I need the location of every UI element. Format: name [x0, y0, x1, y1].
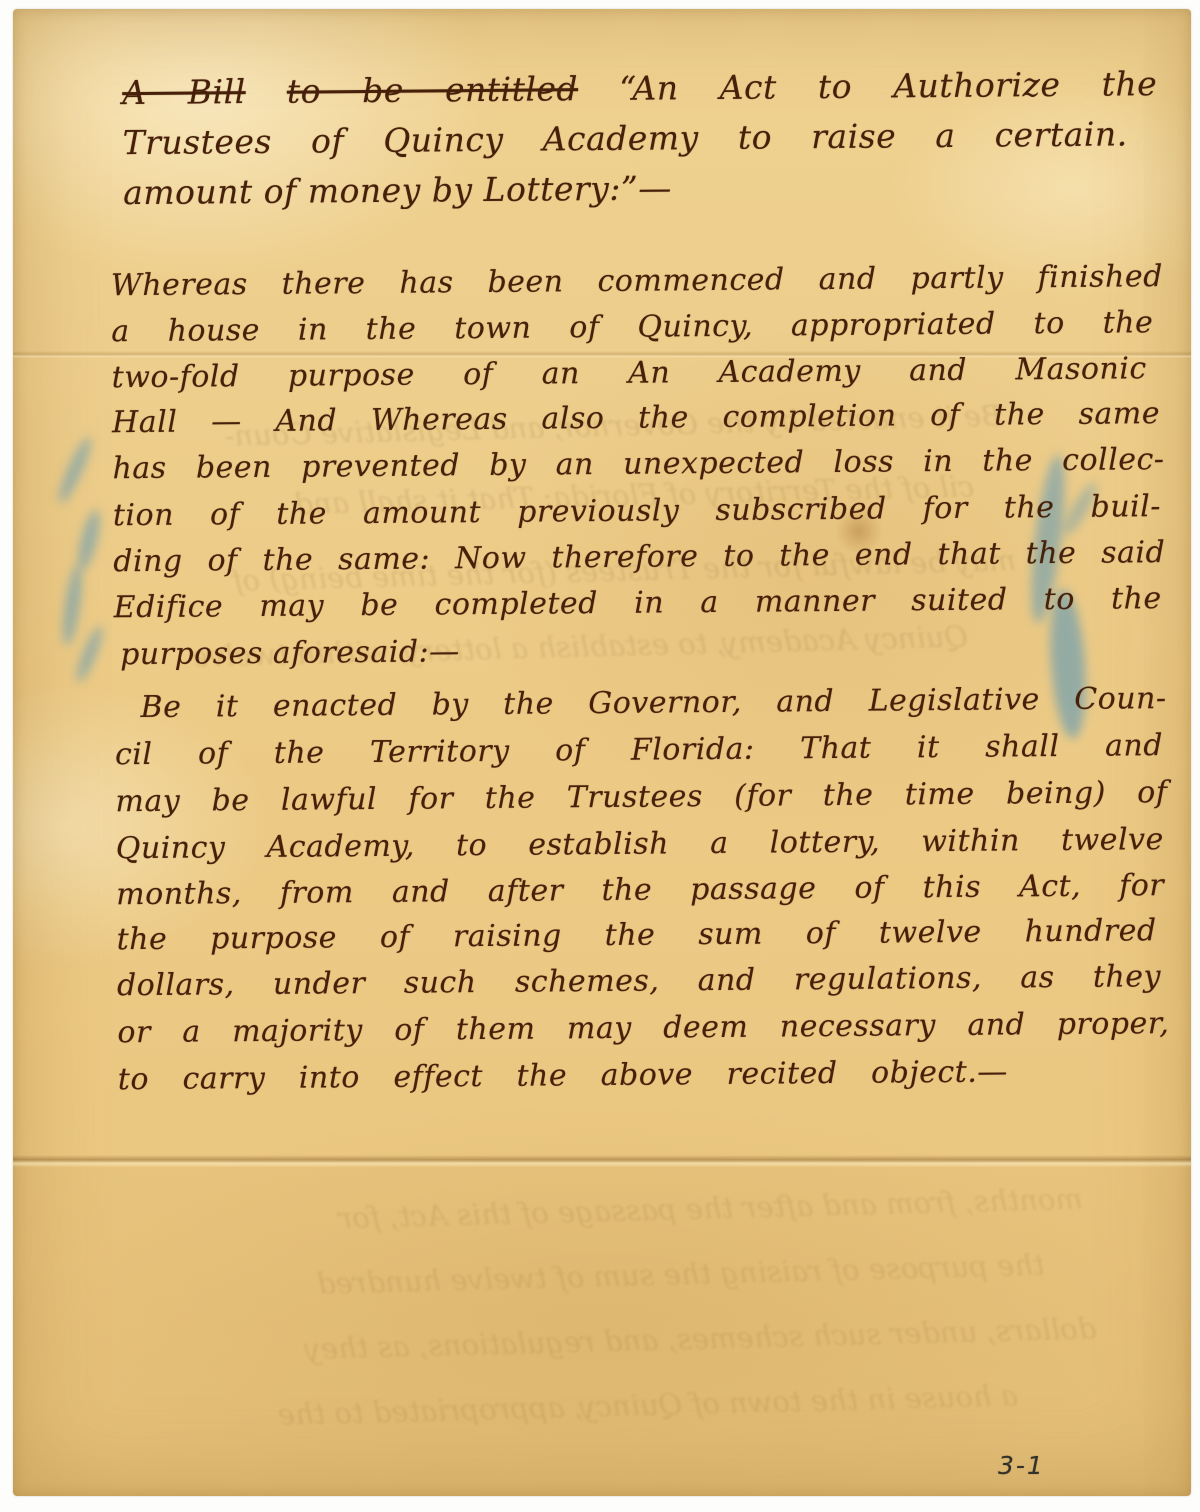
manuscript-line: has been prevented by an unexpected loss…	[112, 443, 1164, 485]
manuscript-line: Quincy Academy, to establish a lottery, …	[116, 823, 1164, 865]
manuscript-line: to carry into effect the above recited o…	[118, 1055, 1008, 1096]
manuscript-line: a house in the town of Quincy, appropria…	[111, 306, 1153, 348]
manuscript-line: tion of the amount previously subscribed…	[113, 490, 1161, 532]
handwriting-layer: A Bill to be entitled “An Act to Authori…	[7, 4, 1198, 1501]
manuscript-line: may be lawful for the Trustees (for the …	[115, 776, 1167, 818]
manuscript-line: Be it enacted by the Governor, and Legis…	[140, 682, 1166, 724]
manuscript-page: Be it enacted by the Governor, and Legis…	[13, 9, 1191, 1496]
manuscript-line: Whereas there has been commenced and par…	[111, 260, 1163, 302]
manuscript-line: purposes aforesaid:—	[120, 635, 460, 671]
enacting-paragraph: Be it enacted by the Governor, and Legis…	[7, 4, 1185, 14]
manuscript-line: the purpose of raising the sum of twelve…	[116, 914, 1156, 956]
title-line-3: amount of money by Lottery:”—	[123, 170, 672, 211]
struck-text: A Bill	[122, 72, 246, 112]
manuscript-line: Hall — And Whereas also the completion o…	[112, 397, 1160, 439]
manuscript-line: ding of the same: Now therefore to the e…	[113, 536, 1165, 578]
manuscript-line: or a majority of them may deem necessary…	[117, 1007, 1169, 1049]
manuscript-line: cil of the Territory of Florida: That it…	[115, 729, 1163, 771]
title-text: “An Act to Authorize the	[619, 64, 1157, 108]
title-line-1: A Bill to be entitled “An Act to Authori…	[122, 66, 1157, 111]
title-line-2: Trustees of Quincy Academy to raise a ce…	[123, 116, 1128, 161]
manuscript-line: two-fold purpose of an An Academy and Ma…	[112, 352, 1147, 394]
manuscript-line: months, from and after the passage of th…	[116, 869, 1164, 911]
manuscript-line: Edifice may be completed in a manner sui…	[114, 582, 1162, 624]
manuscript-line: dollars, under such schemes, and regulat…	[117, 960, 1161, 1002]
whereas-paragraph: Whereas there has been commenced and par…	[7, 4, 1185, 14]
bill-title: A Bill to be entitled “An Act to Authori…	[7, 4, 1185, 14]
struck-text: to be entitled	[287, 69, 579, 111]
archival-page-number: 3-1	[998, 1451, 1045, 1480]
